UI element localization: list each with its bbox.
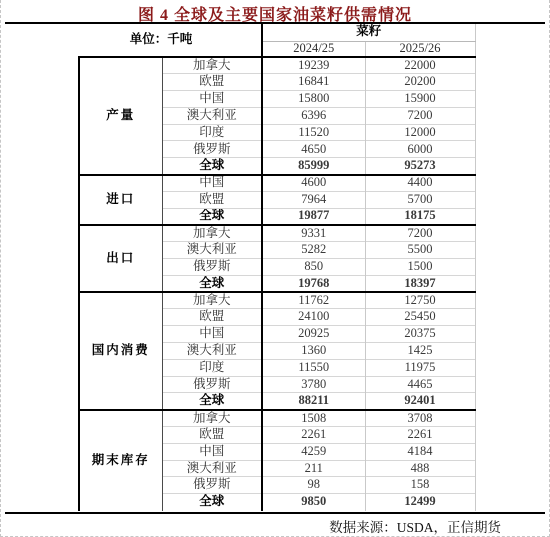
value-cell: 19239	[262, 57, 365, 74]
value-cell: 11550	[262, 359, 365, 376]
data-source: 数据来源：USDA，正信期货	[1, 516, 501, 536]
year-column-header-1: 2024/25	[262, 41, 365, 57]
value-cell: 4184	[365, 443, 475, 460]
value-cell: 95273	[365, 158, 475, 175]
unit-label: 单位：千吨	[79, 24, 262, 57]
value-cell: 6000	[365, 141, 475, 158]
value-cell: 25450	[365, 309, 475, 326]
table-row: 出口 加拿大 9331 7200	[79, 225, 475, 242]
value-cell: 15800	[262, 91, 365, 108]
value-cell: 7200	[365, 107, 475, 124]
value-cell: 12499	[365, 494, 475, 511]
country-cell: 欧盟	[162, 191, 262, 208]
value-cell: 85999	[262, 158, 365, 175]
value-cell: 20200	[365, 74, 475, 91]
value-cell: 1500	[365, 259, 475, 276]
value-cell: 2261	[262, 427, 365, 444]
table-row: 进口 中国 4600 4400	[79, 175, 475, 192]
section-label-production: 产量	[79, 57, 162, 175]
country-cell: 印度	[162, 124, 262, 141]
value-cell: 11520	[262, 124, 365, 141]
value-cell: 9331	[262, 225, 365, 242]
value-cell: 11975	[365, 359, 475, 376]
value-cell: 4465	[365, 376, 475, 393]
country-cell: 全球	[162, 494, 262, 511]
country-cell: 中国	[162, 175, 262, 192]
country-cell: 欧盟	[162, 74, 262, 91]
country-cell: 澳大利亚	[162, 460, 262, 477]
value-cell: 1508	[262, 410, 365, 427]
value-cell: 19877	[262, 208, 365, 225]
country-cell: 澳大利亚	[162, 343, 262, 360]
country-cell: 全球	[162, 208, 262, 225]
country-cell: 加拿大	[162, 225, 262, 242]
value-cell: 19768	[262, 275, 365, 292]
value-cell: 4400	[365, 175, 475, 192]
table-row: 期末库存 加拿大 1508 3708	[79, 410, 475, 427]
value-cell: 22000	[365, 57, 475, 74]
year-column-header-2: 2025/26	[365, 41, 475, 57]
value-cell: 15900	[365, 91, 475, 108]
report-page: 图 4 全球及主要国家油菜籽供需情况 单位：千吨 菜籽 2024/25 2025…	[0, 0, 550, 537]
value-cell: 92401	[365, 393, 475, 410]
value-cell: 6396	[262, 107, 365, 124]
value-cell: 88211	[262, 393, 365, 410]
value-cell: 20925	[262, 326, 365, 343]
country-cell: 澳大利亚	[162, 107, 262, 124]
value-cell: 3708	[365, 410, 475, 427]
section-label-ending-stocks: 期末库存	[79, 410, 162, 511]
value-cell: 12750	[365, 292, 475, 309]
country-cell: 全球	[162, 275, 262, 292]
value-cell: 2261	[365, 427, 475, 444]
value-cell: 11762	[262, 292, 365, 309]
value-cell: 158	[365, 477, 475, 494]
country-cell: 中国	[162, 443, 262, 460]
value-cell: 1425	[365, 343, 475, 360]
country-cell: 欧盟	[162, 427, 262, 444]
value-cell: 5500	[365, 242, 475, 259]
country-cell: 中国	[162, 326, 262, 343]
country-cell: 俄罗斯	[162, 477, 262, 494]
country-cell: 加拿大	[162, 410, 262, 427]
section-label-domestic-consumption: 国内消费	[79, 292, 162, 410]
value-cell: 12000	[365, 124, 475, 141]
value-cell: 24100	[262, 309, 365, 326]
supply-demand-table: 单位：千吨 菜籽 2024/25 2025/26 产量 加拿大 19239 22…	[78, 24, 476, 511]
value-cell: 98	[262, 477, 365, 494]
value-cell: 5282	[262, 242, 365, 259]
value-cell: 850	[262, 259, 365, 276]
bottom-rule	[5, 512, 545, 514]
country-cell: 印度	[162, 359, 262, 376]
country-cell: 俄罗斯	[162, 259, 262, 276]
value-cell: 1360	[262, 343, 365, 360]
value-cell: 9850	[262, 494, 365, 511]
value-cell: 7964	[262, 191, 365, 208]
table-row: 产量 加拿大 19239 22000	[79, 57, 475, 74]
value-cell: 7200	[365, 225, 475, 242]
country-cell: 加拿大	[162, 57, 262, 74]
country-cell: 全球	[162, 158, 262, 175]
section-label-exports: 出口	[79, 225, 162, 292]
commodity-header: 菜籽	[262, 24, 475, 41]
country-cell: 中国	[162, 91, 262, 108]
value-cell: 3780	[262, 376, 365, 393]
country-cell: 全球	[162, 393, 262, 410]
value-cell: 5700	[365, 191, 475, 208]
country-cell: 加拿大	[162, 292, 262, 309]
header-row-group: 单位：千吨 菜籽	[79, 24, 475, 41]
value-cell: 20375	[365, 326, 475, 343]
country-cell: 俄罗斯	[162, 141, 262, 158]
table-row: 国内消费 加拿大 11762 12750	[79, 292, 475, 309]
value-cell: 18175	[365, 208, 475, 225]
value-cell: 488	[365, 460, 475, 477]
section-label-imports: 进口	[79, 175, 162, 225]
value-cell: 16841	[262, 74, 365, 91]
country-cell: 俄罗斯	[162, 376, 262, 393]
value-cell: 4259	[262, 443, 365, 460]
value-cell: 18397	[365, 275, 475, 292]
country-cell: 澳大利亚	[162, 242, 262, 259]
value-cell: 4600	[262, 175, 365, 192]
country-cell: 欧盟	[162, 309, 262, 326]
value-cell: 4650	[262, 141, 365, 158]
value-cell: 211	[262, 460, 365, 477]
